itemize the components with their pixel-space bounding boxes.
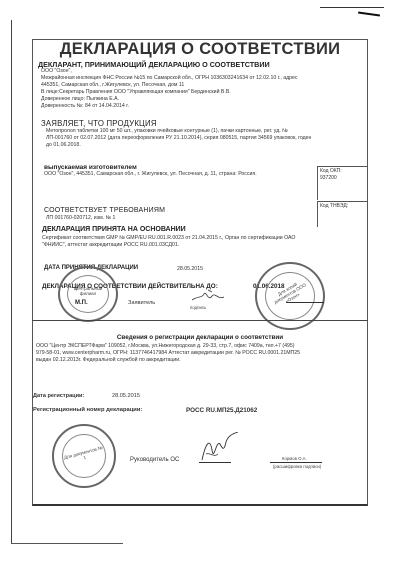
declarant-line: Доверенное лицо: Пылкина Е.А.	[41, 96, 298, 103]
applicant-label: Заявитель	[128, 300, 155, 307]
registration-date-value: 28.05.2015	[112, 393, 140, 400]
registration-heading: Сведения о регистрации декларации о соот…	[32, 334, 368, 341]
registration-date-label: Дата регистрации:	[33, 393, 84, 400]
declarant-line: 445351, Самарская обл., г.Жигулевск, ул.…	[41, 82, 298, 89]
basis-heading: ДЕКЛАРАЦИЯ ПРИНЯТА НА ОСНОВАНИИ	[42, 226, 186, 233]
page-edge-left	[11, 20, 12, 543]
os-head-name-caption: (расшифровка подписи)	[273, 464, 321, 469]
acceptance-date-value: 28.05.2015	[177, 266, 203, 273]
page-edge-bottom	[11, 543, 123, 544]
declarant-line: Доверенность №: 84 от 14.04.2014 г.	[41, 103, 298, 110]
okp-value: 937200	[320, 175, 366, 182]
applicant-signature	[190, 288, 230, 304]
signature-caption: подпись	[190, 305, 206, 310]
registration-number-label: Регистрационный номер декларации:	[33, 407, 142, 414]
stamp-bottom: Для документов № 1	[52, 424, 116, 488]
scan-mark	[320, 7, 384, 8]
section-separator	[32, 320, 368, 321]
stamp-left-text: Центральный филиал	[66, 286, 110, 296]
registration-block: ООО "Центр ЭКСПЕРТФарм" 109052, г.Москва…	[36, 343, 300, 364]
document-title: ДЕКЛАРАЦИЯ О СООТВЕТСТВИИ	[32, 40, 368, 59]
registration-line: 979-58-01, www.centerpharm.ru, ОГРН: 113…	[36, 350, 300, 357]
os-head-name-line	[270, 462, 322, 463]
declarant-block: ООО "Озон", Межрайонная инспекция ФНС Ро…	[41, 68, 298, 110]
basis-line: Сертификат соответствия GMP № GMP/EU RU.…	[42, 235, 295, 242]
product-heading: ЗАЯВЛЯЕТ, ЧТО ПРОДУКЦИЯ	[41, 119, 157, 128]
tnved-code-box: Код ТНВЭД:	[317, 201, 368, 227]
product-line: Метопролол таблетки 100 мг 50 шт., упако…	[46, 128, 311, 135]
declarant-line: Межрайонная инспекция ФНС России №15 по …	[41, 75, 298, 82]
registration-line: ООО "Центр ЭКСПЕРТФарм" 109052, г.Москва…	[36, 343, 300, 350]
basis-block: Сертификат соответствия GMP № GMP/EU RU.…	[42, 235, 295, 249]
scan-mark-dash	[358, 11, 380, 16]
requirements-heading: СООТВЕТСТВУЕТ ТРЕБОВАНИЯМ	[44, 207, 165, 214]
tnved-label: Код ТНВЭД:	[320, 203, 366, 210]
declarant-line: ООО "Озон",	[41, 68, 298, 75]
requirements-line: ЛП 001760-020712, изм. № 1	[46, 215, 115, 222]
registration-number-value: РОСС RU.МП25.Д21062	[186, 407, 257, 414]
product-line: до 01.06.2018.	[46, 142, 311, 149]
os-head-label: Руководитель ОС	[130, 457, 179, 464]
product-block: Метопролол таблетки 100 мг 50 шт., упако…	[46, 128, 311, 149]
basis-line: "ФНИИС", аттестат аккредитации РОСС RU.0…	[42, 242, 295, 249]
product-line: ЛП-001760 от 02.07.2012 (дата переоформл…	[46, 135, 311, 142]
manufacturer-line: ООО "Озон", 445351, Самарская обл., г. Ж…	[44, 171, 257, 178]
stamp-right-line	[286, 302, 324, 303]
mp-label: М.П.	[75, 300, 88, 306]
declarant-line: В лице:Секретарь Правления ООО "Управляю…	[41, 89, 298, 96]
os-head-name: Кормов О.А.	[282, 456, 307, 461]
manufacturer-heading: выпускаемая изготовителем	[44, 164, 137, 171]
stamp-left: Центральный филиал	[58, 266, 118, 322]
registration-line: выдан 02.12.2013г. Федеральной службой п…	[36, 357, 300, 364]
os-head-signature	[200, 432, 240, 464]
okp-code-box: Код ОКП: 937200	[317, 166, 368, 200]
